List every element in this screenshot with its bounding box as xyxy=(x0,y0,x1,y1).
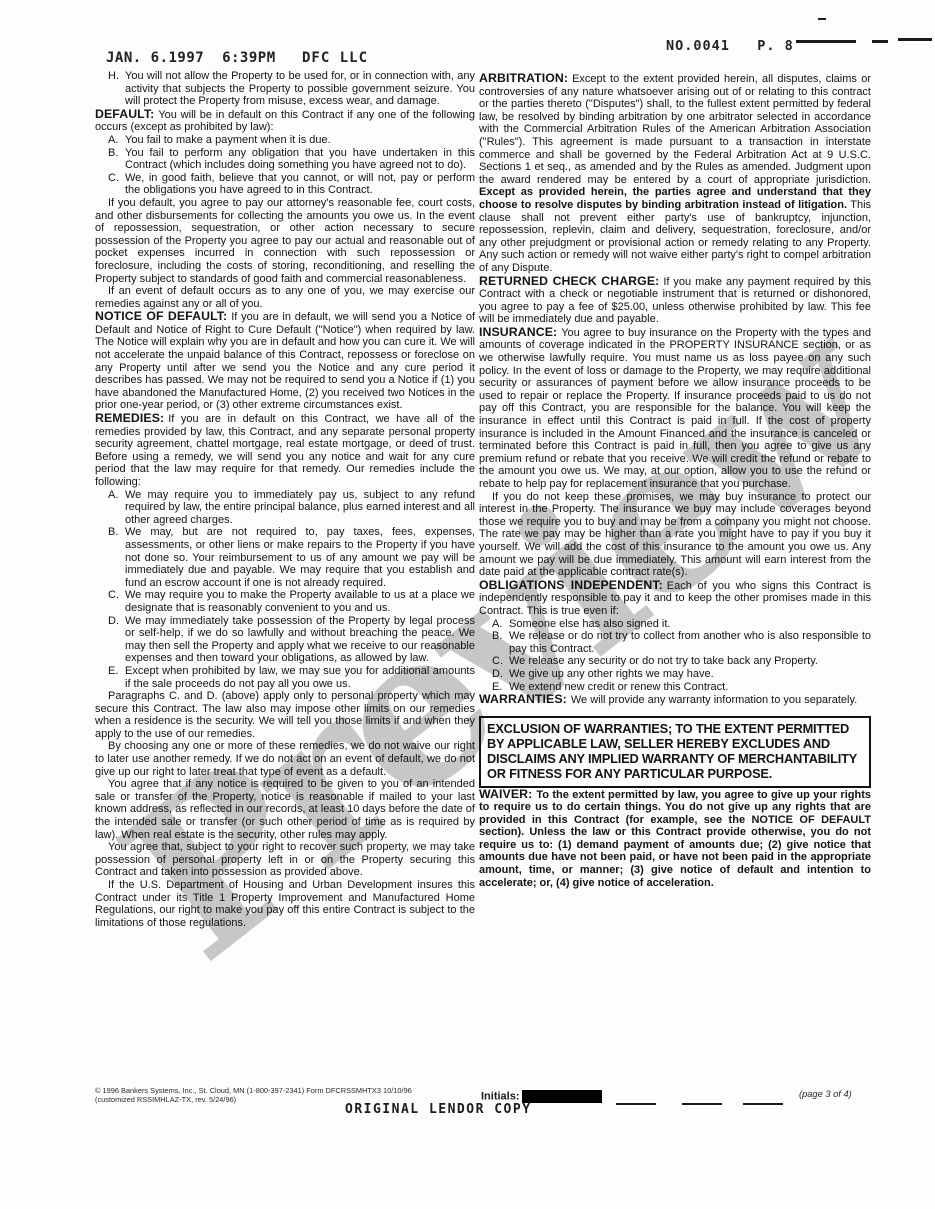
right-column: ARBITRATION:Except to the extent provide… xyxy=(479,72,871,889)
list-item: A.You fail to make a payment when it is … xyxy=(95,134,475,147)
original-lendor-copy-label: ORIGINAL LENDOR COPY xyxy=(345,1102,532,1117)
list-item: A.We may require you to immediately pay … xyxy=(95,489,475,527)
fax-timestamp: JAN. 6.1997 6:39PM xyxy=(106,50,276,66)
left-column: H.You will not allow the Property to be … xyxy=(95,70,475,929)
list-item: B.You fail to perform any obligation tha… xyxy=(95,147,475,172)
page-indicator: (page 3 of 4) xyxy=(799,1089,852,1099)
list-item: C.We, in good faith, believe that you ca… xyxy=(95,172,475,197)
copyright-line-1: © 1996 Bankers Systems, Inc., St. Cloud,… xyxy=(95,1086,425,1095)
section-waiver: WAIVER:To the extent permitted by law, y… xyxy=(479,788,871,890)
scanned-contract-page: JAN. 6.1997 6:39PM DFC LLC NO.0041 P. 8 … xyxy=(0,0,935,1209)
paragraph: You agree that if any notice is required… xyxy=(95,778,475,841)
list-item: A.Someone else has also signed it. xyxy=(479,618,871,631)
section-heading: REMEDIES: xyxy=(95,411,164,425)
scan-artifact-line xyxy=(818,18,826,20)
section-heading: DEFAULT: xyxy=(95,107,154,121)
arbitration-bold-clause: Except as provided herein, the parties a… xyxy=(479,186,871,211)
section-default: DEFAULT:You will be in default on this C… xyxy=(95,108,475,134)
section-remedies: REMEDIES:If you are in default on this C… xyxy=(95,412,475,489)
section-heading: NOTICE OF DEFAULT: xyxy=(95,309,227,323)
section-heading: RETURNED CHECK CHARGE: xyxy=(479,274,659,288)
list-item: H.You will not allow the Property to be … xyxy=(95,70,475,108)
exclusion-of-warranties-box: EXCLUSION OF WARRANTIES; TO THE EXTENT P… xyxy=(479,716,871,788)
section-heading: WAIVER: xyxy=(479,787,532,801)
signature-line xyxy=(743,1103,783,1105)
section-heading: WARRANTIES: xyxy=(479,692,567,706)
section-heading: ARBITRATION: xyxy=(479,71,568,85)
paragraph: If you default, you agree to pay our att… xyxy=(95,197,475,285)
paragraph: If the U.S. Department of Housing and Ur… xyxy=(95,879,475,929)
scan-artifact-line xyxy=(898,38,932,41)
list-item: D.We give up any other rights we may hav… xyxy=(479,668,871,681)
section-obligations-independent: OBLIGATIONS INDEPENDENT:Each of you who … xyxy=(479,579,871,618)
section-insurance: INSURANCE:You agree to buy insurance on … xyxy=(479,326,871,491)
fax-sender-name: DFC LLC xyxy=(302,50,368,66)
list-item: E.Except when prohibited by law, we may … xyxy=(95,665,475,690)
section-returned-check-charge: RETURNED CHECK CHARGE:If you make any pa… xyxy=(479,275,871,326)
scan-artifact-line xyxy=(796,40,856,43)
paragraph: If you do not keep these promises, we ma… xyxy=(479,491,871,579)
list-item: E.We extend new credit or renew this Con… xyxy=(479,681,871,694)
paragraph: You agree that, subject to your right to… xyxy=(95,841,475,879)
section-warranties: WARRANTIES:We will provide any warranty … xyxy=(479,693,871,707)
list-item: B.We release or do not try to collect fr… xyxy=(479,630,871,655)
paragraph: Paragraphs C. and D. (above) apply only … xyxy=(95,690,475,740)
list-item: C.We release any security or do not try … xyxy=(479,655,871,668)
signature-line xyxy=(682,1103,722,1105)
list-item-text: You will not allow the Property to be us… xyxy=(125,70,475,107)
initials-label: Initials: xyxy=(481,1090,520,1102)
list-item: B.We may, but are not required to, pay t… xyxy=(95,526,475,589)
section-notice-of-default: NOTICE OF DEFAULT:If you are in default,… xyxy=(95,310,475,412)
paragraph: By choosing any one or more of these rem… xyxy=(95,740,475,778)
section-heading: OBLIGATIONS INDEPENDENT: xyxy=(479,578,663,592)
signature-line xyxy=(616,1103,656,1105)
list-item: D.We may immediately take possession of … xyxy=(95,615,475,665)
section-heading: INSURANCE: xyxy=(479,325,557,339)
section-arbitration: ARBITRATION:Except to the extent provide… xyxy=(479,72,871,275)
redacted-initials xyxy=(522,1090,602,1103)
fax-page-number: NO.0041 P. 8 xyxy=(666,38,794,54)
list-item: C.We may require you to make the Propert… xyxy=(95,589,475,614)
paragraph: If an event of default occurs as to any … xyxy=(95,285,475,310)
scan-artifact-line xyxy=(872,40,888,43)
list-marker: H. xyxy=(108,70,119,83)
